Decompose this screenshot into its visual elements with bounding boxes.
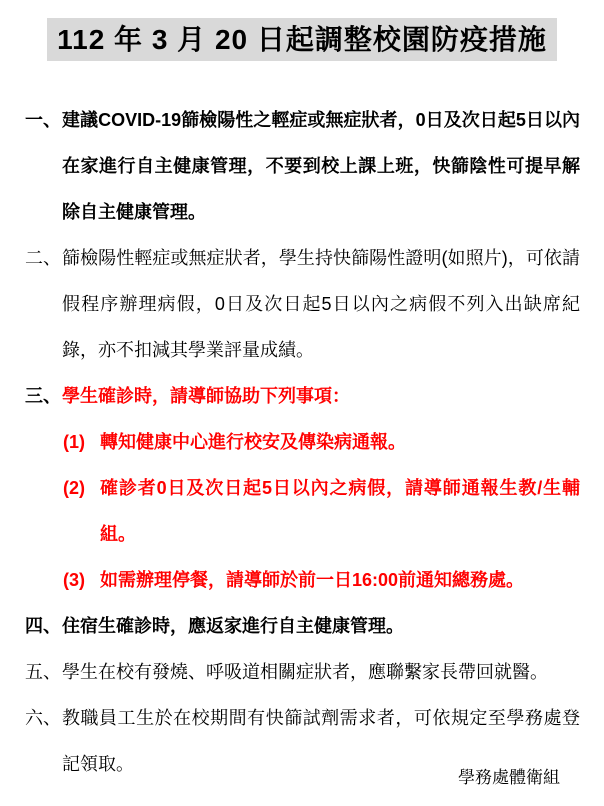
subitem-text: 如需辦理停餐，請導師於前一日16:00前通知總務處。 xyxy=(100,570,524,590)
subitem-number: (3) xyxy=(63,557,85,603)
item-number: 五、 xyxy=(25,649,61,695)
sub-item-1: (1) 轉知健康中心進行校安及傳染病通報。 xyxy=(25,419,580,465)
item-number: 三、 xyxy=(25,373,61,419)
notice-body: 一、 建議COVID-19篩檢陽性之輕症或無症狀者，0日及次日起5日以內在家進行… xyxy=(0,61,604,787)
item-text: 學生在校有發燒、呼吸道相關症狀者，應聯繫家長帶回就醫。 xyxy=(62,662,548,682)
list-item-3: 三、 學生確診時，請導師協助下列事項： xyxy=(25,373,580,419)
subitem-number: (1) xyxy=(63,419,85,465)
item-text-emphasis: 學生確診時，請導師協助下列事項： xyxy=(62,386,350,406)
page-title: 112 年 3 月 20 日起調整校園防疫措施 xyxy=(47,18,557,61)
item-text: 建議COVID-19篩檢陽性之輕症或無症狀者，0日及次日起5日以內在家進行自主健… xyxy=(62,110,580,222)
item-number: 六、 xyxy=(25,695,61,741)
subitem-text: 確診者0日及次日起5日以內之病假，請導師通報生教/生輔組。 xyxy=(100,478,580,544)
sub-item-2: (2) 確診者0日及次日起5日以內之病假，請導師通報生教/生輔組。 xyxy=(25,465,580,557)
item-number: 二、 xyxy=(25,235,61,281)
list-item-5: 五、 學生在校有發燒、呼吸道相關症狀者，應聯繫家長帶回就醫。 xyxy=(25,649,580,695)
notice-document: 112 年 3 月 20 日起調整校園防疫措施 一、 建議COVID-19篩檢陽… xyxy=(0,0,604,806)
footer-signature: 學務處體衛組 xyxy=(458,763,560,788)
title-row: 112 年 3 月 20 日起調整校園防疫措施 xyxy=(0,0,604,61)
subitem-text: 轉知健康中心進行校安及傳染病通報。 xyxy=(100,432,406,452)
list-item-1: 一、 建議COVID-19篩檢陽性之輕症或無症狀者，0日及次日起5日以內在家進行… xyxy=(25,97,580,235)
item-number: 四、 xyxy=(25,603,61,649)
item-number: 一、 xyxy=(25,97,61,143)
sub-item-3: (3) 如需辦理停餐，請導師於前一日16:00前通知總務處。 xyxy=(25,557,580,603)
list-item-2: 二、 篩檢陽性輕症或無症狀者，學生持快篩陽性證明(如照片)，可依請假程序辦理病假… xyxy=(25,235,580,373)
item-text: 篩檢陽性輕症或無症狀者，學生持快篩陽性證明(如照片)，可依請假程序辦理病假，0日… xyxy=(62,248,580,360)
item-text: 住宿生確診時，應返家進行自主健康管理。 xyxy=(62,616,404,636)
subitem-number: (2) xyxy=(63,465,85,511)
list-item-4: 四、 住宿生確診時，應返家進行自主健康管理。 xyxy=(25,603,580,649)
